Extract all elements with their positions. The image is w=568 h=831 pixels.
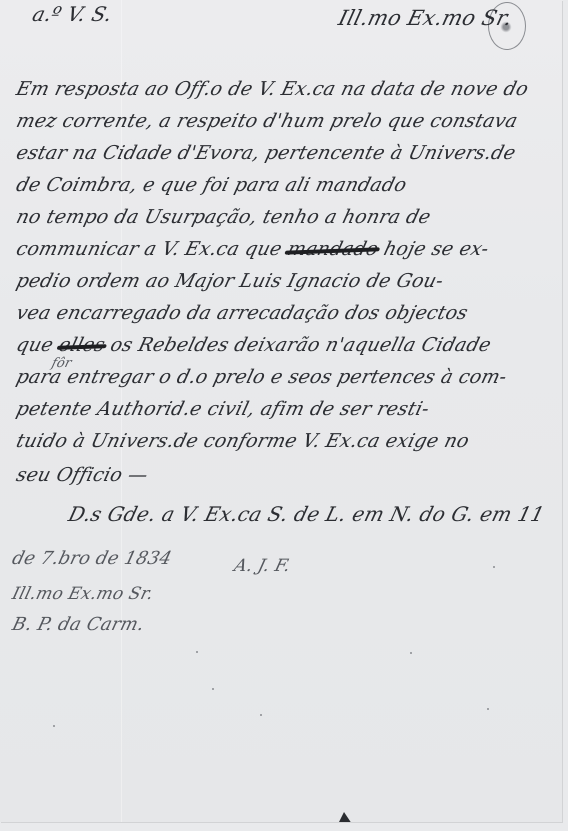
body-line-6: communicar a V. Ex.ca que mandado hoje s… bbox=[14, 238, 491, 260]
struck-word: mandado bbox=[285, 238, 381, 260]
body-line-13: seu Officio — bbox=[14, 464, 150, 486]
body-line-9-start: que bbox=[14, 334, 56, 356]
body-line-7: pedio ordem ao Major Luis Ignacio de Gou… bbox=[14, 270, 446, 292]
date-line: de 7.bro de 1834 bbox=[10, 548, 174, 569]
closing-line: D.s Gde. a V. Ex.ca S. de L. em N. do G.… bbox=[66, 502, 547, 526]
initials: A. J. F. bbox=[232, 556, 293, 576]
body-line-9: que elles os Rebeldes deixarão n'aquella… bbox=[14, 334, 493, 356]
paper-speck bbox=[53, 725, 55, 727]
body-line-5: no tempo da Usurpação, tenho a honra de bbox=[14, 206, 433, 228]
paper-speck bbox=[196, 651, 198, 653]
paper-speck bbox=[493, 566, 495, 568]
header-right: Ill.mo Ex.mo Sr. bbox=[336, 6, 515, 30]
body-line-11: petente Authorid.e civil, afim de ser re… bbox=[14, 398, 432, 420]
body-line-2: mez corrente, a respeito d'hum prelo que… bbox=[14, 110, 520, 132]
document-page: ARQUIVO DA UNIVERSIDADE DE COIMBRA a.º V… bbox=[0, 0, 562, 822]
paper-speck bbox=[212, 688, 214, 690]
ink-blot bbox=[338, 812, 352, 822]
body-line-6-end: hoje se ex- bbox=[381, 238, 491, 260]
body-line-3: estar na Cidade d'Evora, pertencente à U… bbox=[14, 142, 518, 164]
header-left: a.º V. S. bbox=[30, 2, 115, 26]
paper-speck bbox=[487, 708, 489, 710]
body-line-8: vea encarregado da arrecadação dos objec… bbox=[14, 302, 470, 324]
paper-speck bbox=[410, 652, 412, 654]
body-line-4: de Coimbra, e que foi para ali mandado bbox=[14, 174, 409, 196]
body-line-12: tuido à Univers.de conforme V. Ex.ca exi… bbox=[14, 430, 472, 452]
body-line-9-end: os Rebeldes deixarão n'aquella Cidade bbox=[108, 334, 493, 356]
body-line-10: para entregar o d.o prelo e seos pertenc… bbox=[14, 366, 509, 388]
body-line-6-start: communicar a V. Ex.ca que bbox=[14, 238, 284, 260]
struck-word-2: elles bbox=[57, 334, 108, 356]
body-line-1: Em resposta ao Off.o de V. Ex.ca na data… bbox=[14, 78, 531, 100]
addressee-title: Ill.mo Ex.mo Sr. bbox=[10, 584, 155, 604]
paper-speck bbox=[260, 714, 262, 716]
addressee-name: B. P. da Carm. bbox=[10, 614, 147, 635]
